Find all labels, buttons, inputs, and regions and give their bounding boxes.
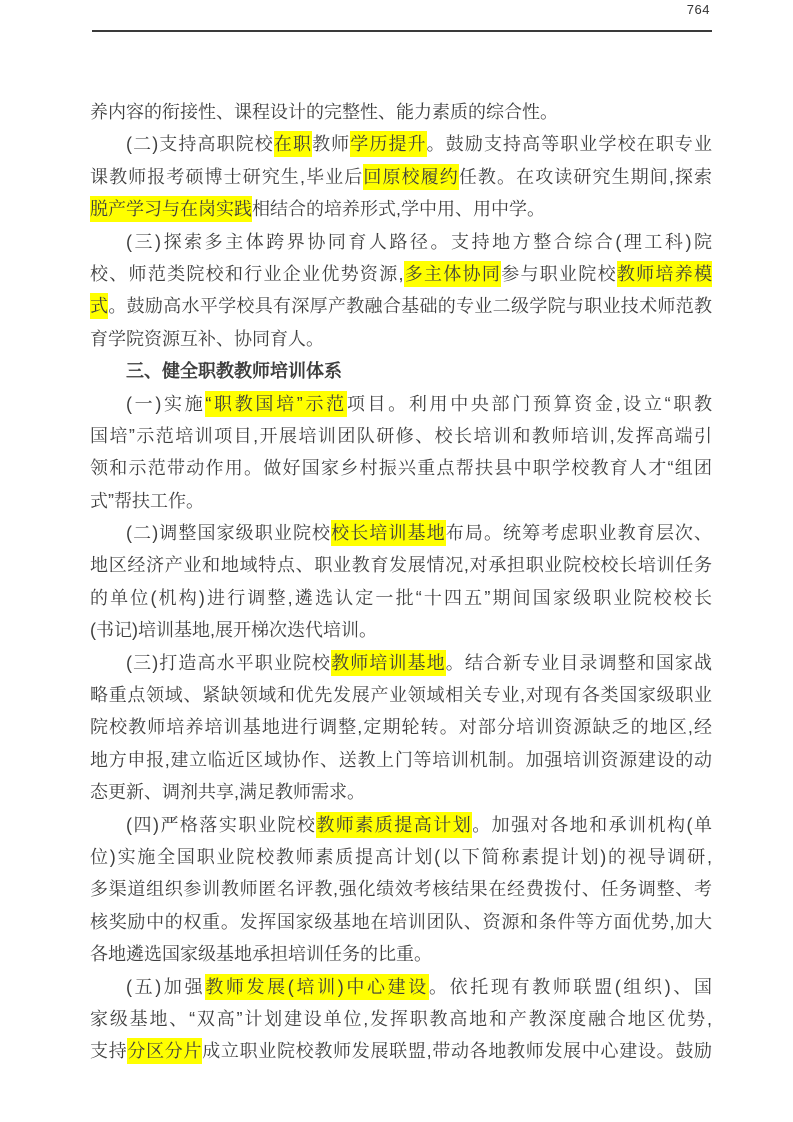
text-segment: 相结合的培养形式,学中用、用中学。 — [252, 199, 545, 219]
text-line: 领和示范带动作用。做好国家乡村振兴重点帮扶县中职学校教育人才“组团 — [90, 452, 712, 484]
text-line: 式”帮扶工作。 — [90, 485, 712, 517]
highlighted-text: 分区分片 — [127, 1038, 202, 1064]
text-line: 育学院资源互补、协同育人。 — [90, 323, 712, 355]
highlighted-text: 教师培训基地 — [331, 650, 446, 676]
text-line: 校、师范类院校和行业企业优势资源,多主体协同参与职业院校教师培养模 — [90, 258, 712, 290]
text-line: 脱产学习与在岗实践相结合的培养形式,学中用、用中学。 — [90, 193, 712, 225]
text-line: 核奖励中的权重。发挥国家级基地在培训团队、资源和条件等方面优势,加大 — [90, 906, 712, 938]
text-segment: 校、师范类院校和行业企业优势资源, — [90, 264, 404, 284]
text-line: 的单位(机构)进行调整,遴选认定一批“十四五”期间国家级职业院校校长 — [90, 582, 712, 614]
text-line: 多渠道组织参训教师匿名评教,强化绩效考核结果在经费拨付、任务调整、考 — [90, 873, 712, 905]
text-line: 位)实施全国职业院校教师素质提高计划(以下简称素提计划)的视导调研, — [90, 841, 712, 873]
document-body: 养内容的衔接性、课程设计的完整性、能力素质的综合性。(二)支持高职院校在职教师学… — [90, 96, 712, 1068]
text-segment: 式”帮扶工作。 — [90, 491, 204, 511]
page-number: 764 — [687, 2, 710, 17]
text-segment: (三)探索多主体跨界协同育人路径。支持地方整合综合(理工科)院 — [126, 232, 712, 252]
highlighted-text: 回原校履约 — [363, 164, 458, 190]
text-segment: (书记)培训基地,展开梯次迭代培训。 — [90, 620, 377, 640]
text-segment: 。鼓励高水平学校具有深厚产教融合基础的专业二级学院与职业技术师范教 — [108, 296, 712, 316]
section-heading: 三、健全职教教师培训体系 — [90, 355, 712, 387]
text-segment: 略重点领域、紧缺领域和优先发展产业领域相关专业,对现有各类国家级职业 — [90, 685, 712, 705]
text-line: (四)严格落实职业院校教师素质提高计划。加强对各地和承训机构(单 — [90, 809, 712, 841]
highlighted-text: 式 — [90, 293, 108, 319]
highlighted-text: 脱产学习与在岗实践 — [90, 196, 252, 222]
document-page: 764 养内容的衔接性、课程设计的完整性、能力素质的综合性。(二)支持高职院校在… — [0, 0, 793, 1122]
highlighted-text: 多主体协同 — [404, 261, 502, 287]
text-line: 国培”示范培训项目,开展培训团队研修、校长培训和教师培训,发挥高端引 — [90, 420, 712, 452]
text-line: 略重点领域、紧缺领域和优先发展产业领域相关专业,对现有各类国家级职业 — [90, 679, 712, 711]
text-segment: 养内容的衔接性、课程设计的完整性、能力素质的综合性。 — [90, 102, 558, 122]
highlighted-text: 教师培养模 — [617, 261, 712, 287]
text-segment: 院校教师培养培训基地进行调整,定期轮转。对部分培训资源缺乏的地区,经 — [90, 717, 712, 737]
text-segment: 各地遴选国家级基地承担培训任务的比重。 — [90, 944, 432, 964]
text-segment: 地方申报,建立临近区域协作、送教上门等培训机制。加强培训资源建设的动 — [90, 750, 712, 770]
text-segment: 任教。在攻读研究生期间,探索 — [459, 167, 712, 187]
text-line: (三)打造高水平职业院校教师培训基地。结合新专业目录调整和国家战 — [90, 647, 712, 679]
header-rule — [92, 30, 712, 32]
text-segment: 。结合新专业目录调整和国家战 — [446, 653, 712, 673]
text-segment: 。依托现有教师联盟(组织)、国 — [429, 977, 712, 997]
text-segment: 地区经济产业和地域特点、职业教育发展情况,对承担职业院校校长培训任务 — [90, 555, 712, 575]
text-line: 养内容的衔接性、课程设计的完整性、能力素质的综合性。 — [90, 96, 712, 128]
text-segment: 。鼓励支持高等职业学校在职专业 — [427, 134, 712, 154]
text-segment: 核奖励中的权重。发挥国家级基地在培训团队、资源和条件等方面优势,加大 — [90, 912, 712, 932]
text-segment: 参与职业院校 — [501, 264, 617, 284]
text-segment: 国培”示范培训项目,开展培训团队研修、校长培训和教师培训,发挥高端引 — [90, 426, 712, 446]
text-segment: 的单位(机构)进行调整,遴选认定一批“十四五”期间国家级职业院校校长 — [90, 588, 712, 608]
highlighted-text: “职教国培”示范 — [205, 391, 346, 417]
text-line: 地方申报,建立临近区域协作、送教上门等培训机制。加强培训资源建设的动 — [90, 744, 712, 776]
text-line: 各地遴选国家级基地承担培训任务的比重。 — [90, 938, 712, 970]
highlighted-text: 在职 — [274, 131, 312, 157]
text-line: (三)探索多主体跨界协同育人路径。支持地方整合综合(理工科)院 — [90, 226, 712, 258]
highlighted-text: 学历提升 — [350, 131, 426, 157]
text-segment: (五)加强 — [126, 977, 205, 997]
text-segment: 布局。统筹考虑职业教育层次、 — [446, 523, 712, 543]
highlighted-text: 教师素质提高计划 — [316, 812, 472, 838]
text-segment: 家级基地、“双高”计划建设单位,发挥职教高地和产教深度融合地区优势, — [90, 1009, 712, 1029]
text-line: (一)实施“职教国培”示范项目。利用中央部门预算资金,设立“职教 — [90, 388, 712, 420]
text-line: 课教师报考硕博士研究生,毕业后回原校履约任教。在攻读研究生期间,探索 — [90, 161, 712, 193]
highlighted-text: 校长培训基地 — [331, 520, 446, 546]
text-segment: 教师 — [312, 134, 350, 154]
text-segment: 态更新、调剂共享,满足教师需求。 — [90, 782, 365, 802]
text-segment: (一)实施 — [126, 394, 205, 414]
text-segment: 成立职业院校教师发展联盟,带动各地教师发展中心建设。鼓励 — [202, 1041, 712, 1061]
text-segment: 位)实施全国职业院校教师素质提高计划(以下简称素提计划)的视导调研, — [90, 847, 712, 867]
text-segment: 支持 — [90, 1041, 127, 1061]
text-segment: 课教师报考硕博士研究生,毕业后 — [90, 167, 363, 187]
text-line: (二)支持高职院校在职教师学历提升。鼓励支持高等职业学校在职专业 — [90, 128, 712, 160]
text-segment: (三)打造高水平职业院校 — [126, 653, 331, 673]
text-segment: 三、健全职教教师培训体系 — [126, 361, 342, 381]
text-line: 式。鼓励高水平学校具有深厚产教融合基础的专业二级学院与职业技术师范教 — [90, 290, 712, 322]
text-line: 态更新、调剂共享,满足教师需求。 — [90, 776, 712, 808]
text-segment: (四)严格落实职业院校 — [126, 815, 316, 835]
text-line: 地区经济产业和地域特点、职业教育发展情况,对承担职业院校校长培训任务 — [90, 549, 712, 581]
text-line: 支持分区分片成立职业院校教师发展联盟,带动各地教师发展中心建设。鼓励 — [90, 1035, 712, 1067]
text-line: (五)加强教师发展(培训)中心建设。依托现有教师联盟(组织)、国 — [90, 971, 712, 1003]
highlighted-text: 教师发展(培训)中心建设 — [205, 974, 429, 1000]
text-segment: 。加强对各地和承训机构(单 — [472, 815, 712, 835]
text-segment: 多渠道组织参训教师匿名评教,强化绩效考核结果在经费拨付、任务调整、考 — [90, 879, 712, 899]
text-line: 家级基地、“双高”计划建设单位,发挥职教高地和产教深度融合地区优势, — [90, 1003, 712, 1035]
text-segment: 领和示范带动作用。做好国家乡村振兴重点帮扶县中职学校教育人才“组团 — [90, 458, 712, 478]
text-segment: 项目。利用中央部门预算资金,设立“职教 — [347, 394, 712, 414]
text-line: 院校教师培养培训基地进行调整,定期轮转。对部分培训资源缺乏的地区,经 — [90, 711, 712, 743]
text-line: (书记)培训基地,展开梯次迭代培训。 — [90, 614, 712, 646]
text-segment: (二)支持高职院校 — [126, 134, 274, 154]
text-segment: (二)调整国家级职业院校 — [126, 523, 331, 543]
text-line: (二)调整国家级职业院校校长培训基地布局。统筹考虑职业教育层次、 — [90, 517, 712, 549]
text-segment: 育学院资源互补、协同育人。 — [90, 329, 324, 349]
